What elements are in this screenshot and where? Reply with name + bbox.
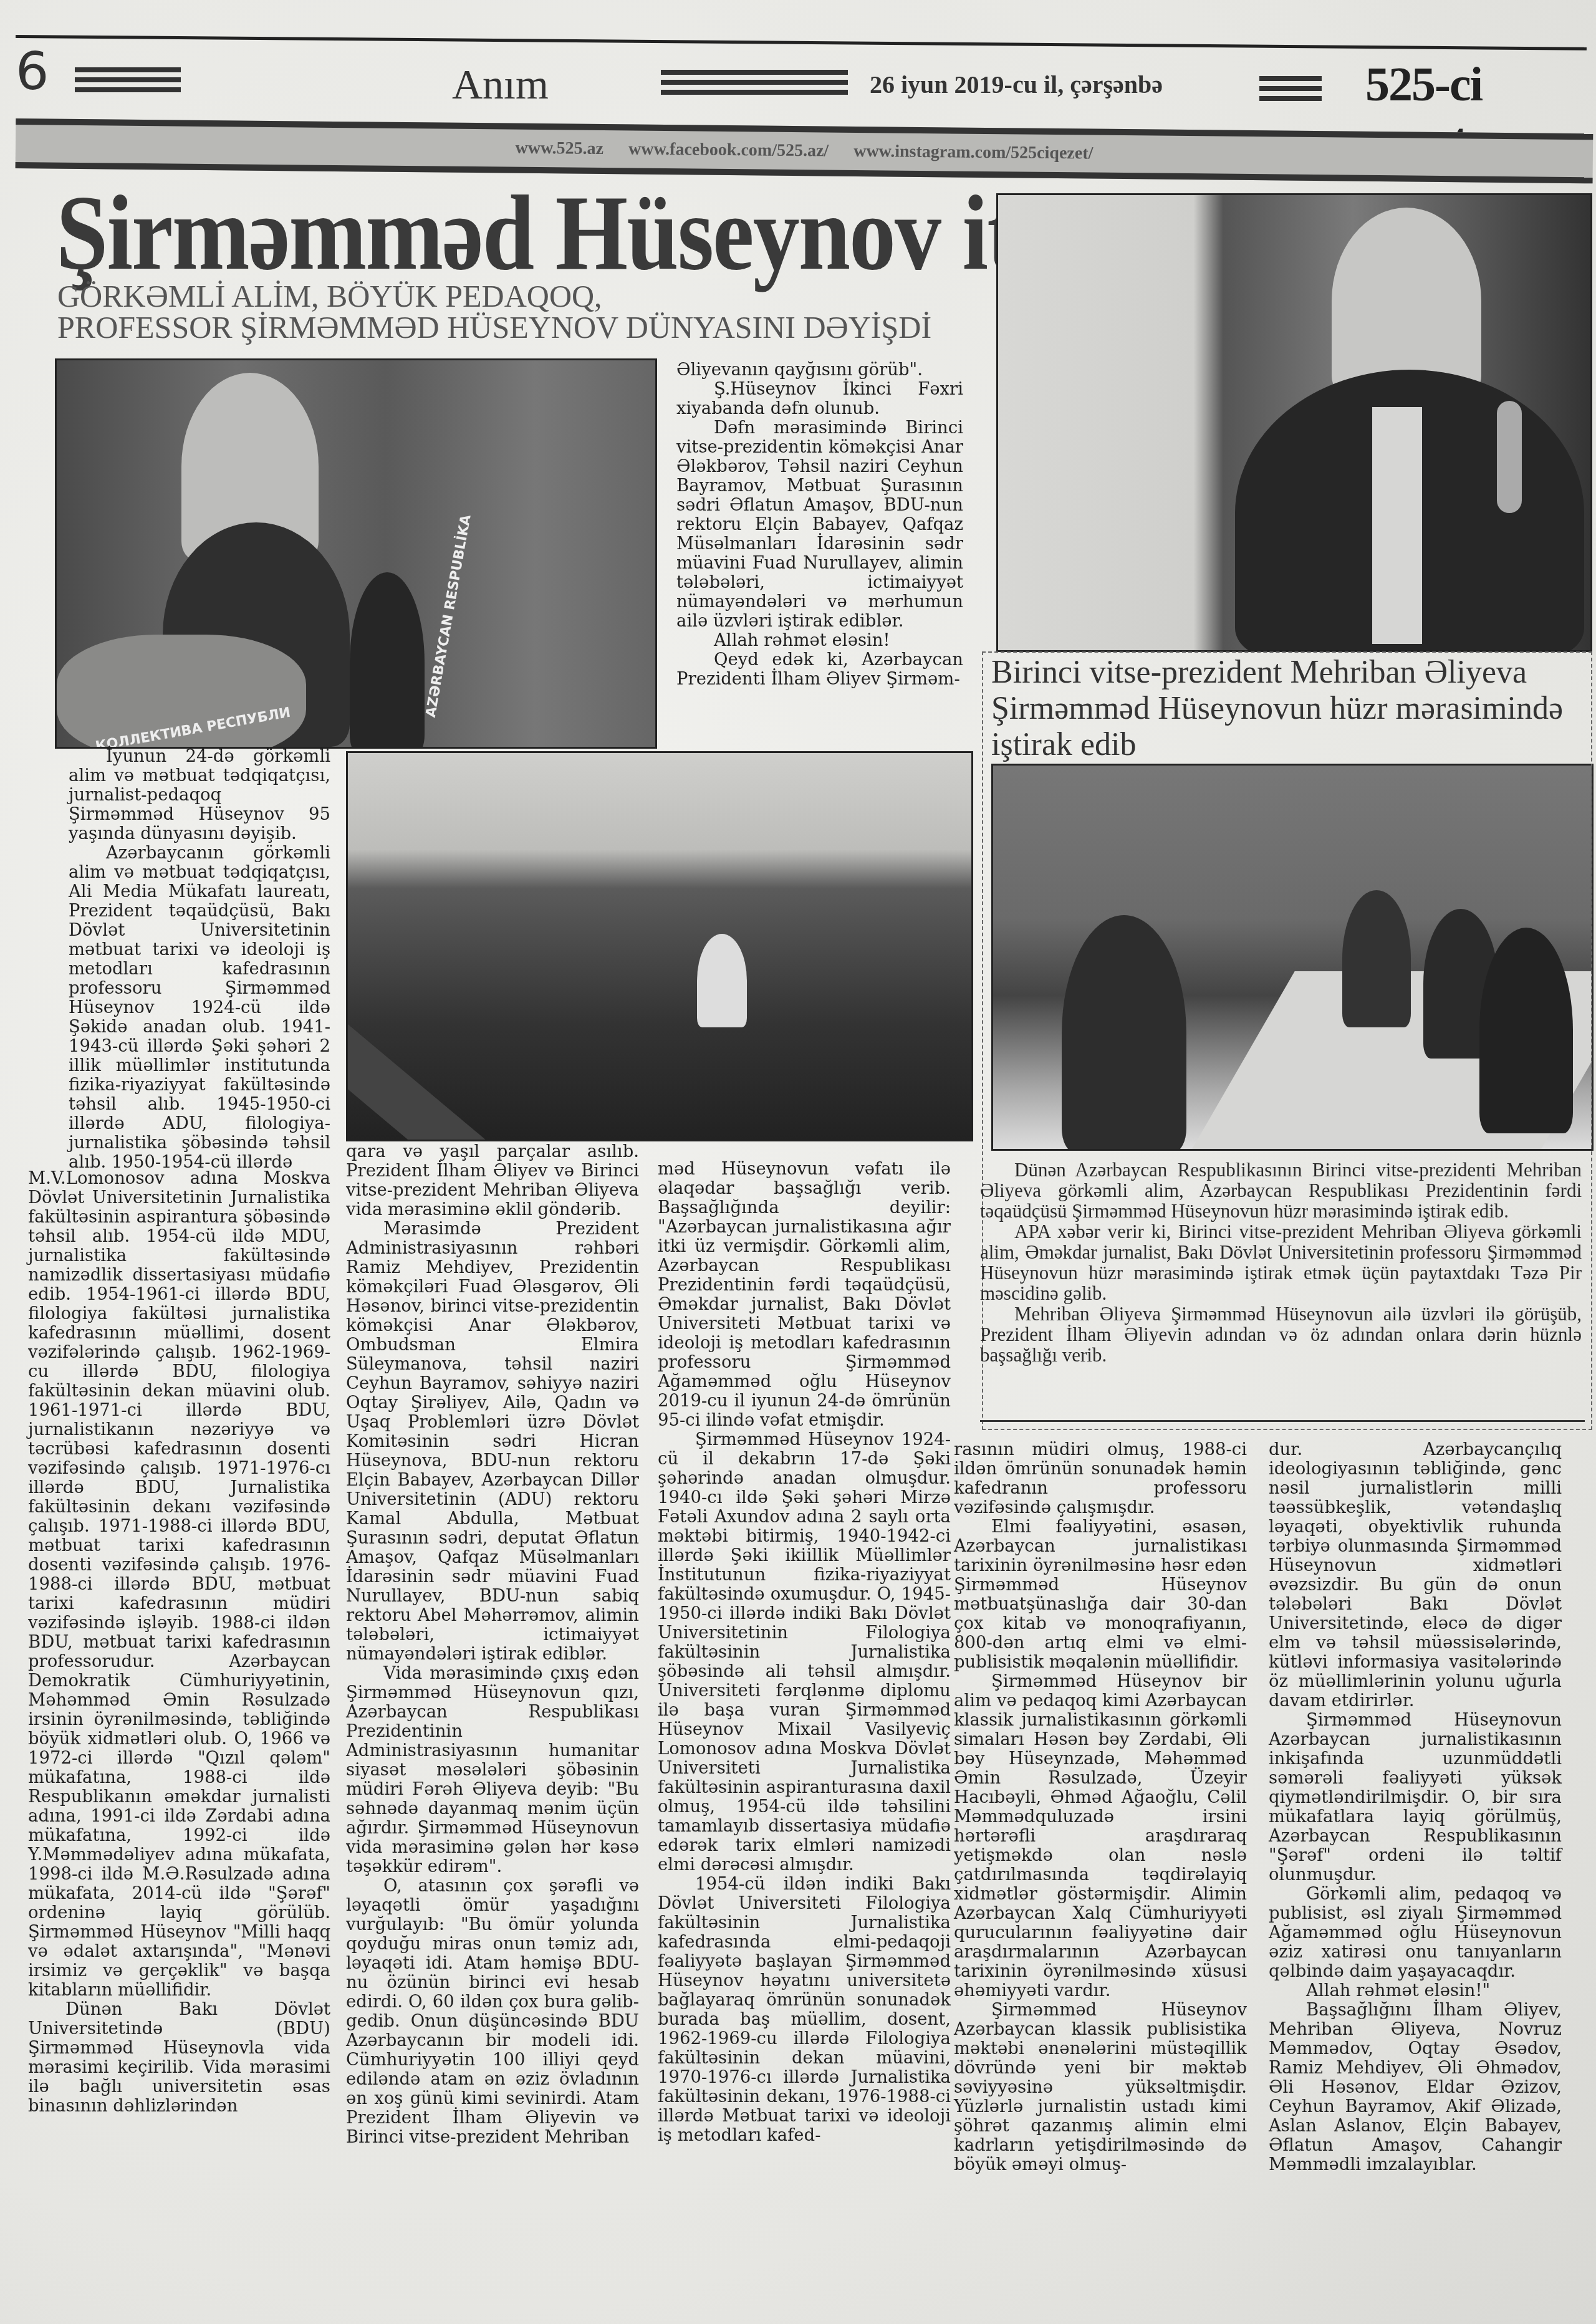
- paragraph: Allah rəhmət eləsin!: [676, 631, 963, 650]
- article-column-5: dur. Azərbaycançılıq ideologiyasının təb…: [1269, 1440, 1562, 2174]
- paragraph: Şirməmməd Hüseynov Azərbaycan klassik pu…: [954, 2000, 1247, 2174]
- paragraph: Dünən Azərbaycan Respublikasının Birinci…: [980, 1160, 1582, 1221]
- paragraph: Görkəmli alim, pedaqoq və publisist, əsl…: [1269, 1885, 1562, 1981]
- wreath-ribbon-text: AZƏRBAYCAN RESPUBLİKA: [423, 514, 474, 719]
- sidebar-text: Dünən Azərbaycan Respublikasının Birinci…: [980, 1160, 1582, 1365]
- paragraph: qara və yaşıl parçalar asılıb. Prezident…: [346, 1142, 639, 1219]
- paragraph: Allah rəhmət eləsin!": [1269, 1981, 1562, 2000]
- paragraph: M.V.Lomonosov adına Moskva Dövlət Univer…: [28, 1169, 330, 2000]
- paragraph: Şirməmməd Hüseynov 1924-cü il dekabrın 1…: [658, 1430, 951, 1875]
- article-subhead: GÖRKƏMLİ ALİM, BÖYÜK PEDAQOQ, PROFESSOR …: [57, 281, 931, 343]
- paragraph: dur. Azərbaycançılıq ideologiyasının təb…: [1269, 1440, 1562, 1711]
- speaker-figure: [350, 572, 425, 749]
- article-column-1: İyunun 24-də görkəmli alim və mətbuat tə…: [69, 747, 330, 1172]
- paragraph: Mehriban Əliyeva Şirməmməd Hüseynovun ai…: [980, 1304, 1582, 1365]
- instagram-link: www.instagram.com/525ciqezet/: [853, 142, 1093, 164]
- paragraph: Əliyevanın qayğısını görüb".: [676, 360, 963, 380]
- article-column-2: qara və yaşıl parçalar asılıb. Prezident…: [346, 1142, 639, 2147]
- article-headline: Şirməmməd Hüseynov itkisi: [56, 171, 1152, 295]
- decorative-bars: [75, 67, 181, 92]
- paragraph: Elmi fəaliyyətini, əsasən, Azərbaycan ju…: [954, 1517, 1247, 1672]
- article-column-top: Əliyevanın qayğısını görüb". Ş.Hüseynov …: [676, 360, 963, 689]
- subhead-line-1: GÖRKƏMLİ ALİM, BÖYÜK PEDAQOQ,: [57, 281, 931, 312]
- paragraph: Mərasimdə Prezident Administrasiyasının …: [346, 1219, 639, 1664]
- masthead: 6 Anım 26 iyun 2019-cu il, çərşənbə 525-…: [16, 44, 1587, 118]
- paragraph: Ş.Hüseynov İkinci Fəxri xiyabanda dəfn o…: [676, 380, 963, 418]
- aisle-carpet: [346, 996, 600, 1141]
- paragraph: Şirməmməd Hüseynovun Azərbaycan jurnalis…: [1269, 1711, 1562, 1885]
- article-column-1-continued: M.V.Lomonosov adına Moskva Dövlət Univer…: [28, 1169, 330, 2116]
- paragraph: İyunun 24-də görkəmli alim və mətbuat tə…: [69, 747, 330, 843]
- page-number: 6: [16, 41, 49, 102]
- paragraph: Dəfn mərasimində Birinci vitse-prezident…: [676, 418, 963, 631]
- paragraph: rasının müdiri olmuş, 1988-ci ildən ömrü…: [954, 1440, 1247, 1517]
- paragraph: Vida mərasimində çıxış edən Şirməmməd Hü…: [346, 1664, 639, 1876]
- photo-memorial-portrait: AZƏRBAYCAN RESPUBLİKA КОЛЛЕКТИВА РЕСПУБЛ…: [55, 358, 657, 749]
- decorative-bars: [661, 70, 848, 95]
- paragraph: Şirməmməd Hüseynov bir alim və pedaqoq k…: [954, 1672, 1247, 2000]
- paragraph: məd Hüseynovun vəfatı ilə əlaqədar başsa…: [658, 1160, 951, 1430]
- website-link: www.525.az: [515, 138, 603, 159]
- paragraph: O, atasının çox şərəfli və ləyaqətli ömü…: [346, 1876, 639, 2147]
- paragraph: Başsağlığını İlham Əliyev, Mehriban Əliy…: [1269, 2000, 1562, 2174]
- sidebar-title: Birinci vitse-prezident Mehriban Əliyeva…: [991, 655, 1577, 763]
- paragraph: Dünən Bakı Dövlət Universitetində (BDU) …: [28, 2000, 330, 2116]
- photo-farewell-crowd: [346, 751, 973, 1141]
- photo-hüseynov-speaking: [996, 193, 1592, 652]
- speaker-head: [1332, 208, 1481, 395]
- newspaper-page: 6 Anım 26 iyun 2019-cu il, çərşənbə 525-…: [0, 0, 1596, 2324]
- sidebar-bottom-rule: [980, 1420, 1585, 1422]
- article-column-3: məd Hüseynovun vəfatı ilə əlaqədar başsa…: [658, 1160, 951, 2145]
- issue-date: 26 iyun 2019-cu il, çərşənbə: [870, 70, 1163, 99]
- paragraph: 1954-cü ildən indiki Bakı Dövlət Univers…: [658, 1875, 951, 2145]
- section-name: Anım: [452, 60, 549, 109]
- paragraph: Azərbaycanın görkəmli alim və mətbuat tə…: [69, 843, 330, 1172]
- facebook-link: www.facebook.com/525.az/: [628, 139, 829, 161]
- microphone-icon: [1497, 401, 1522, 513]
- speaker-shirt: [1372, 407, 1422, 644]
- subhead-line-2: PROFESSOR ŞİRMƏMMƏD HÜSEYNOV DÜNYASINI D…: [57, 312, 931, 343]
- audience-member: [697, 934, 747, 1027]
- paragraph: APA xəbər verir ki, Birinci vitse-prezid…: [980, 1221, 1582, 1304]
- article-column-4: rasının müdiri olmuş, 1988-ci ildən ömrü…: [954, 1440, 1247, 2174]
- paragraph: Qeyd edək ki, Azərbaycan Prezidenti İlha…: [676, 650, 963, 689]
- decorative-bars: [1259, 76, 1322, 101]
